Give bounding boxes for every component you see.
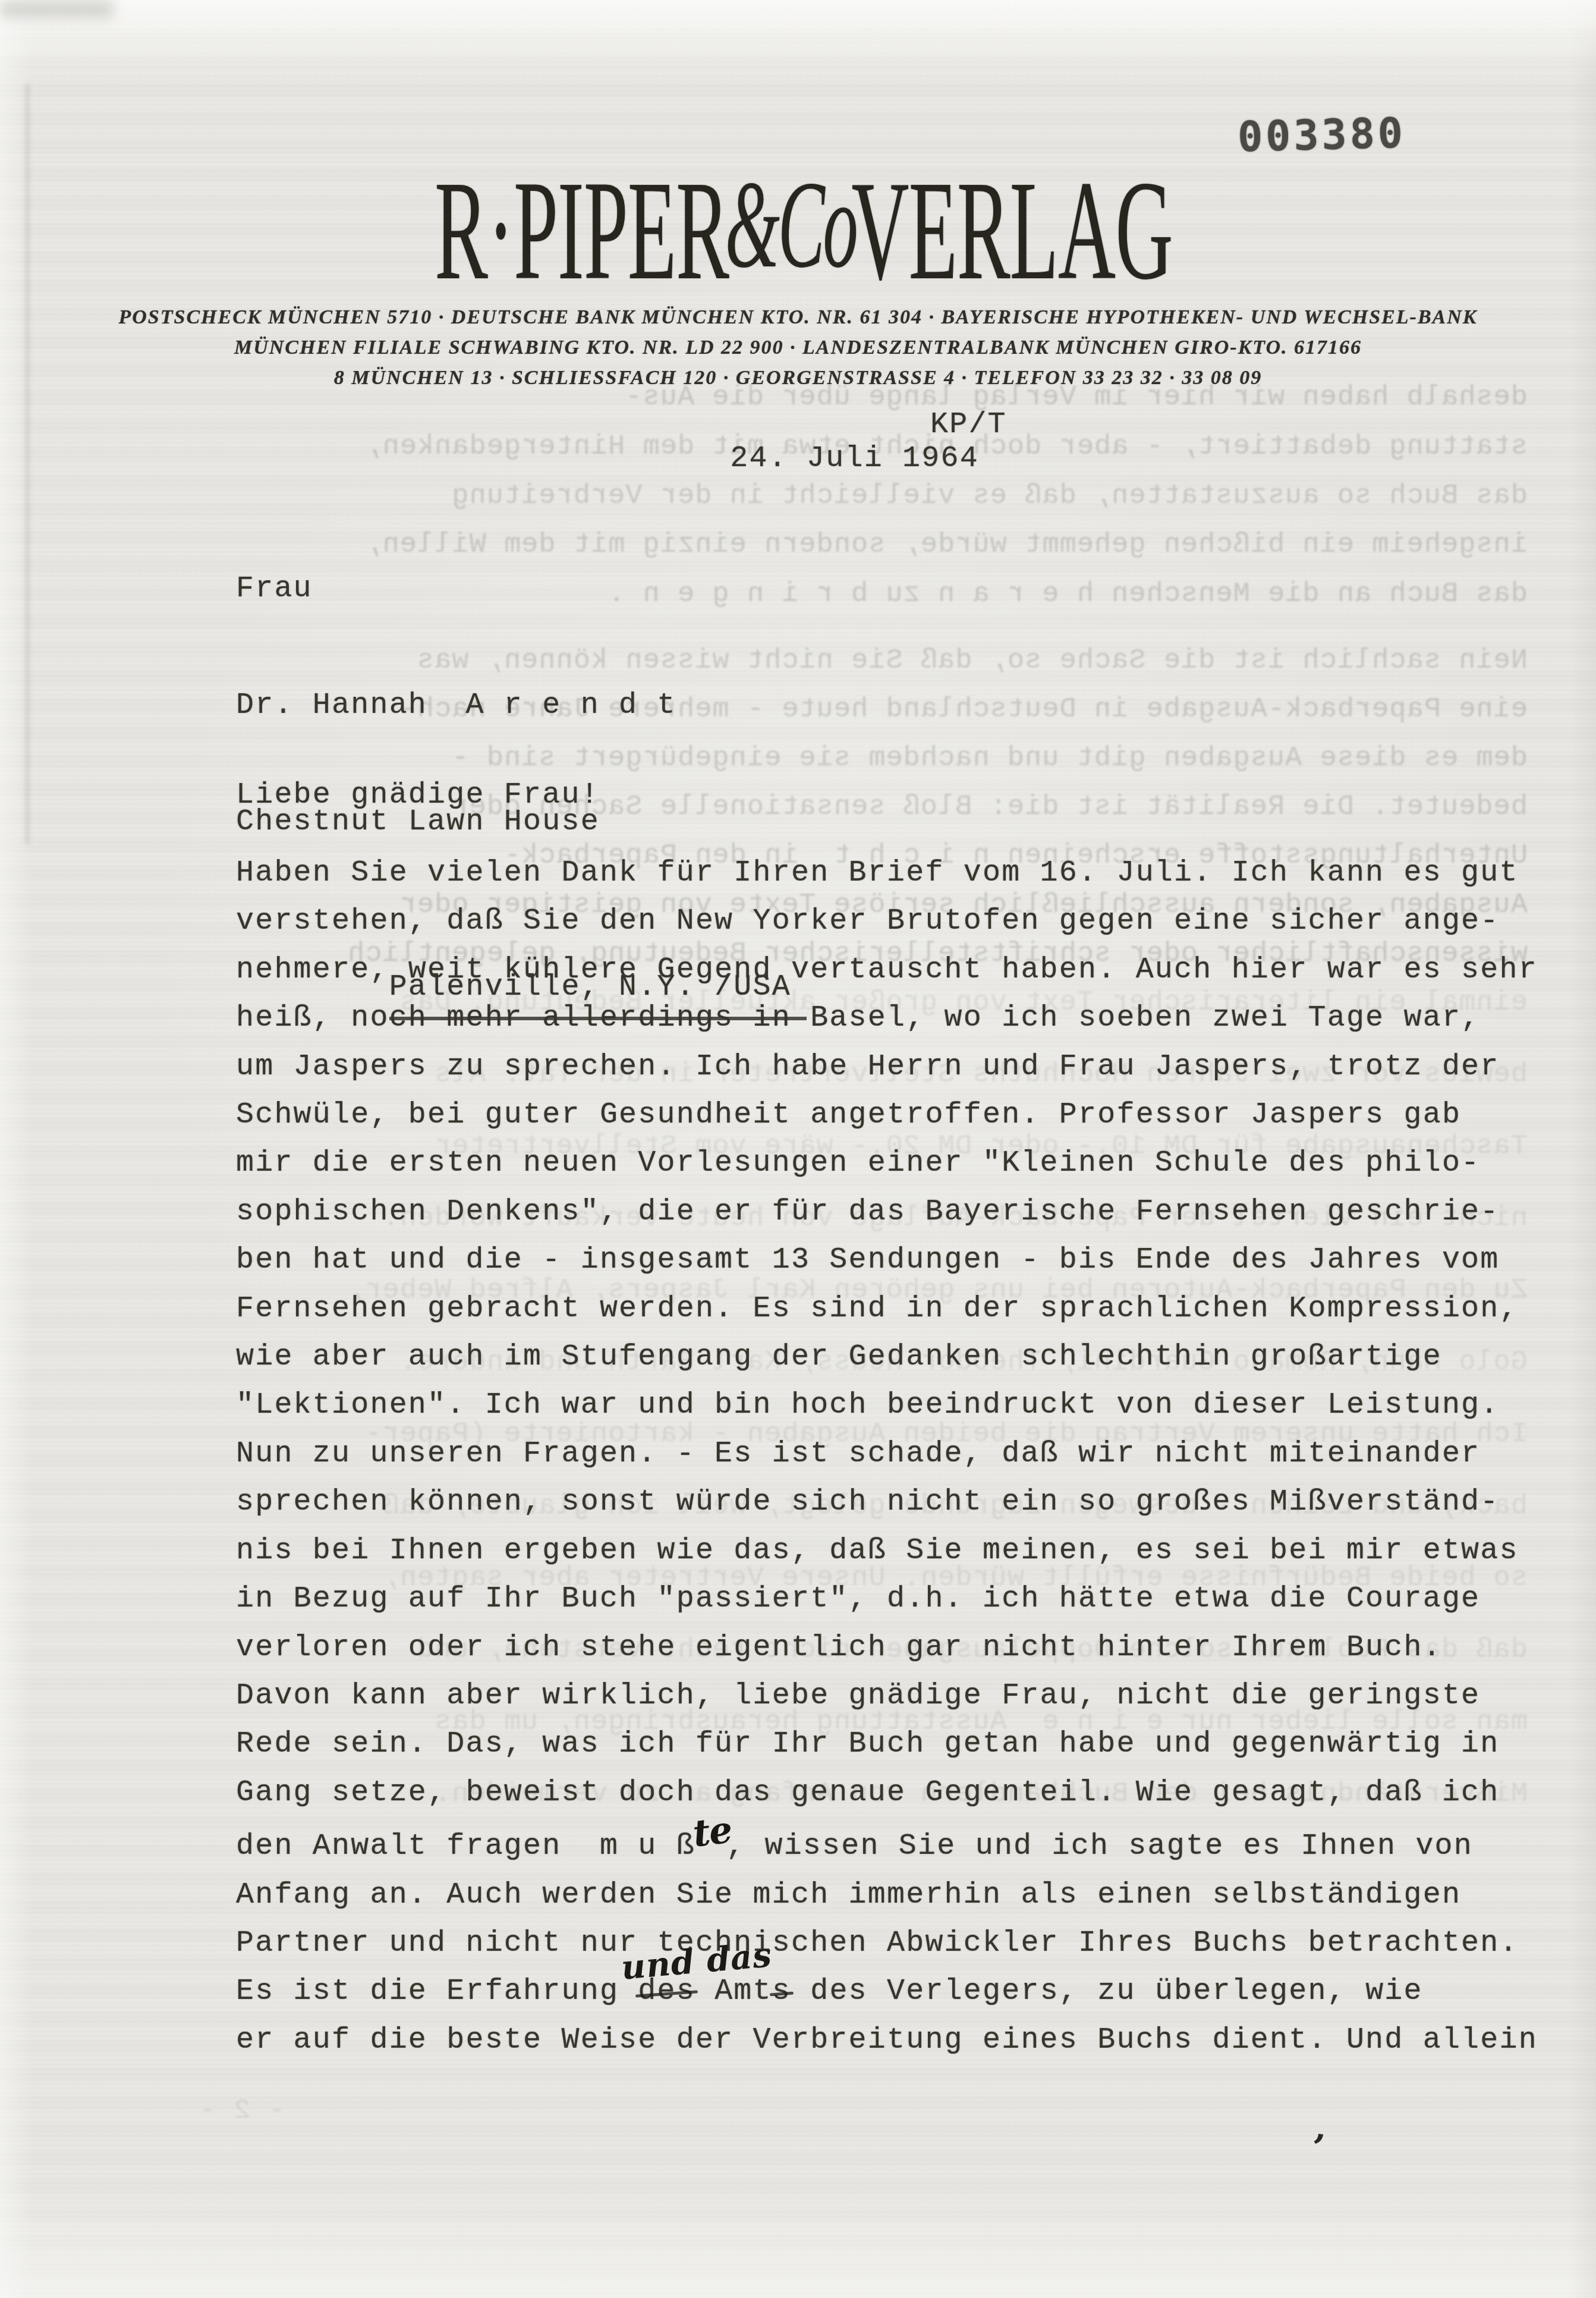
body-line: Nun zu unseren Fragen. - Es ist schade, … <box>236 1430 1538 1478</box>
body-line: Schwüle, bei guter Gesundheit angetroffe… <box>236 1091 1538 1139</box>
body-line: verstehen, daß Sie den New Yorker Brutof… <box>236 897 1538 945</box>
logo-text-rpiper: R·PIPER <box>435 150 729 313</box>
typed-text: heiß, noch mehr allerdings in Basel, wo … <box>236 1001 1480 1035</box>
typed-text: Es ist die Erfahrung <box>236 1975 638 2008</box>
archive-number-stamp: 003380 <box>1237 109 1406 162</box>
body-line: verloren oder ich stehe eigentlich gar n… <box>236 1624 1538 1672</box>
body-line: Rede sein. Das, was ich für Ihr Buch get… <box>236 1720 1538 1768</box>
typed-text: ben hat und die - insgesamt 13 Sendungen… <box>236 1243 1500 1277</box>
body-line: um Jaspers zu sprechen. Ich habe Herrn u… <box>236 1043 1538 1091</box>
body-line: Fernsehen gebracht werden. Es sind in de… <box>236 1285 1538 1333</box>
handwritten-correction: s <box>772 1975 791 2008</box>
recipient-line-name: Dr. Hannah A r e n d t <box>236 681 807 730</box>
salutation: Liebe gnädige Frau! <box>236 778 600 813</box>
typed-text: um Jaspers zu sprechen. Ich habe Herrn u… <box>236 1050 1500 1084</box>
typed-text: nehmere, weit kühlere Gegend vertauscht … <box>236 953 1538 987</box>
typed-text: Gang setze, beweist doch das genaue Gege… <box>236 1776 1500 1810</box>
paper-fold-shadow <box>25 83 30 844</box>
body-line: nis bei Ihnen ergeben wie das, daß Sie m… <box>236 1527 1538 1575</box>
typed-text: Nun zu unseren Fragen. - Es ist schade, … <box>236 1437 1480 1471</box>
typed-text: Schwüle, bei guter Gesundheit angetroffe… <box>236 1098 1461 1132</box>
typist-reference: KP/T <box>930 408 1007 442</box>
typed-text: verstehen, daß Sie den New Yorker Brutof… <box>236 904 1500 938</box>
stray-ink-mark: ’ <box>1308 2126 1327 2170</box>
bank-line-1: POSTSCHECK MÜNCHEN 5710 · DEUTSCHE BANK … <box>0 302 1596 332</box>
typed-text: wie aber auch im Stufengang der Gedanken… <box>236 1340 1442 1374</box>
body-line: er auf die beste Weise der Verbreitung e… <box>236 2016 1538 2064</box>
body-line: heiß, noch mehr allerdings in Basel, wo … <box>236 994 1538 1042</box>
recipient-line-salutation-frau: Frau <box>236 565 807 614</box>
typed-text: Partner und nicht nur technischen Abwick… <box>236 1926 1519 1960</box>
typed-text: in Bezug auf Ihr Buch "passiert", d.h. i… <box>236 1582 1480 1616</box>
typed-text: Fernsehen gebracht werden. Es sind in de… <box>236 1292 1519 1326</box>
typed-text: Anfang an. Auch werden Sie mich immerhin… <box>236 1878 1461 1912</box>
typed-text: Davon kann aber wirklich, liebe gnädige … <box>236 1679 1480 1713</box>
body-line: sprechen können, sonst würde sich nicht … <box>236 1478 1538 1526</box>
typed-text: nis bei Ihnen ergeben wie das, daß Sie m… <box>236 1534 1519 1568</box>
body-line: "Lektionen". Ich war und bin hoch beeind… <box>236 1381 1538 1429</box>
typed-text: mir die ersten neuen Vorlesungen einer "… <box>236 1146 1480 1180</box>
body-line: sophischen Denkens", die er für das Baye… <box>236 1188 1538 1236</box>
body-line: mir die ersten neuen Vorlesungen einer "… <box>236 1139 1538 1187</box>
publisher-logo: R·PIPER &Co VERLAG <box>435 150 1172 313</box>
bank-line-2: MÜNCHEN FILIALE SCHWABING KTO. NR. LD 22… <box>0 332 1596 363</box>
body-line: Anfang an. Auch werden Sie mich immerhin… <box>236 1871 1538 1919</box>
content-layer: 003380 R·PIPER &Co VERLAG POSTSCHECK MÜN… <box>0 0 1596 2298</box>
letterhead-bank-details: POSTSCHECK MÜNCHEN 5710 · DEUTSCHE BANK … <box>0 302 1596 393</box>
typed-text: Haben Sie vielen Dank für Ihren Brief vo… <box>236 856 1519 890</box>
logo-text-verlag: VERLAG <box>851 150 1172 313</box>
typed-text: sophischen Denkens", die er für das Baye… <box>236 1195 1500 1229</box>
typed-text: , wissen Sie und ich sagte es Ihnen von <box>726 1829 1473 1863</box>
body-line: wie aber auch im Stufengang der Gedanken… <box>236 1333 1538 1381</box>
body-line: ben hat und die - insgesamt 13 Sendungen… <box>236 1236 1538 1284</box>
typed-text: des Verlegers, zu überlegen, wie <box>791 1975 1423 2008</box>
handwritten-correction: te <box>690 1806 734 1859</box>
body-line: Haben Sie vielen Dank für Ihren Brief vo… <box>236 849 1538 897</box>
body-line: Gang setze, beweist doch das genaue Gege… <box>236 1769 1538 1817</box>
body-line: nehmere, weit kühlere Gegend vertauscht … <box>236 946 1538 994</box>
typed-text: verloren oder ich stehe eigentlich gar n… <box>236 1631 1442 1665</box>
typed-text: sprechen können, sonst würde sich nicht … <box>236 1485 1500 1519</box>
body-line: Es ist die Erfahrung des Amts des Verleg… <box>236 1967 1538 2016</box>
body-line: Davon kann aber wirklich, liebe gnädige … <box>236 1672 1538 1720</box>
body-line: in Bezug auf Ihr Buch "passiert", d.h. i… <box>236 1575 1538 1623</box>
scanned-letter-page: deshalb haben wir hier im Verlag lange ü… <box>0 0 1596 2298</box>
logo-ampersand-co: &Co <box>725 153 857 297</box>
typed-text: er auf die beste Weise der Verbreitung e… <box>236 2023 1538 2057</box>
body-text: Haben Sie vielen Dank für Ihren Brief vo… <box>236 849 1538 2064</box>
letter-date: 24. Juli 1964 <box>730 442 979 476</box>
typed-text: den Anwalt fragen m u ß <box>236 1829 695 1863</box>
body-line: Partner und nicht nur technischen Abwick… <box>236 1919 1538 1967</box>
typed-text: "Lektionen". Ich war und bin hoch beeind… <box>236 1388 1500 1422</box>
bank-line-3: 8 MÜNCHEN 13 · SCHLIESSFACH 120 · GEORGE… <box>0 363 1596 393</box>
body-line: den Anwalt fragen m u ßte, wissen Sie un… <box>236 1817 1538 1871</box>
typed-text: Rede sein. Das, was ich für Ihr Buch get… <box>236 1727 1500 1761</box>
corner-smudge <box>0 0 113 18</box>
